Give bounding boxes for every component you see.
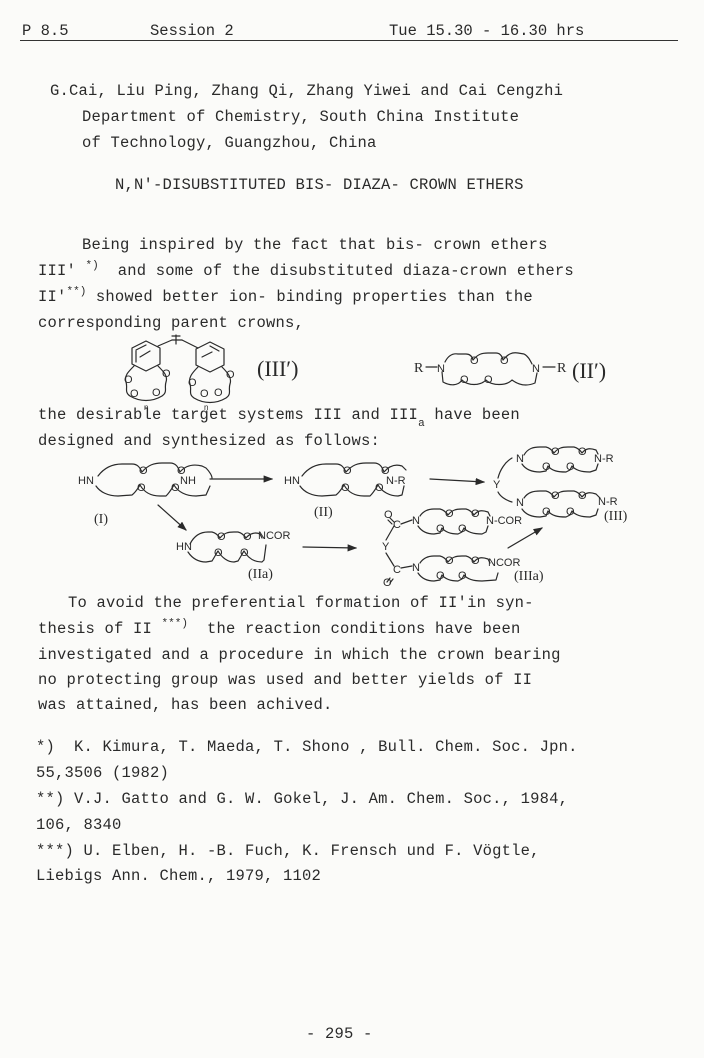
- svg-text:O: O: [578, 446, 587, 458]
- svg-text:C: C: [393, 519, 401, 531]
- para3-line-5: was attained, has been achived.: [38, 698, 333, 714]
- svg-text:HN: HN: [176, 541, 192, 553]
- reference-1-line-1: *) K. Kimura, T. Maeda, T. Shono , Bull.…: [36, 740, 578, 756]
- svg-text:NH: NH: [180, 475, 196, 487]
- svg-text:O: O: [542, 506, 551, 518]
- para3-line-1: To avoid the preferential formation of I…: [68, 596, 534, 612]
- arrow-IIIa-to-III: [508, 528, 542, 548]
- compound-III-structure: Y N OO N-R OO N OO N-R OO: [493, 446, 618, 518]
- reference-2-line-2: 106, 8340: [36, 818, 122, 834]
- svg-text:O: O: [436, 570, 445, 582]
- reference-3-line-1: ***) U. Elben, H. -B. Fuch, K. Frensch u…: [36, 844, 540, 860]
- svg-text:HN: HN: [78, 475, 94, 487]
- svg-text:O: O: [551, 446, 560, 458]
- svg-text:NCOR: NCOR: [488, 557, 520, 569]
- svg-text:O: O: [436, 523, 445, 535]
- svg-text:O: O: [471, 508, 480, 520]
- reference-2-line-1: **) V.J. Gatto and G. W. Gokel, J. Am. C…: [36, 792, 568, 808]
- label-compound-II: (II): [314, 505, 333, 520]
- svg-text:Y: Y: [382, 541, 390, 553]
- svg-text:O: O: [343, 465, 352, 477]
- svg-text:HN: HN: [284, 475, 300, 487]
- svg-text:O: O: [214, 547, 223, 559]
- svg-text:C: C: [393, 564, 401, 576]
- svg-text:O: O: [171, 482, 180, 494]
- page-number: - 295 -: [306, 1027, 373, 1043]
- compound-II-structure: HN OO N-R OO: [284, 463, 406, 496]
- svg-text:N: N: [516, 453, 524, 465]
- svg-text:O: O: [243, 531, 252, 543]
- arrow-IIa-to-IIIa: [303, 547, 356, 548]
- svg-text:N-R: N-R: [598, 496, 618, 508]
- svg-text:O: O: [375, 482, 384, 494]
- svg-text:N-COR: N-COR: [486, 515, 522, 527]
- compound-IIa-structure: HN OO NCOR OO: [176, 530, 290, 562]
- label-compound-I: (I): [94, 512, 108, 527]
- arrow-I-to-IIa: [158, 505, 186, 530]
- svg-text:O: O: [217, 531, 226, 543]
- svg-text:O: O: [445, 555, 454, 567]
- svg-text:O: O: [458, 523, 467, 535]
- svg-text:O: O: [551, 490, 560, 502]
- compound-I-structure: HN OO NH OO: [78, 463, 212, 496]
- svg-text:N: N: [516, 497, 524, 509]
- svg-text:N-R: N-R: [594, 453, 614, 465]
- svg-text:O: O: [578, 490, 587, 502]
- svg-text:O: O: [445, 508, 454, 520]
- svg-text:N: N: [412, 562, 420, 574]
- svg-text:O: O: [240, 547, 249, 559]
- svg-text:N: N: [412, 515, 420, 527]
- label-compound-IIIa: (IIIa): [514, 569, 544, 584]
- footnote-ref-3: ***): [162, 618, 188, 630]
- arrow-II-to-III: [430, 479, 484, 482]
- para3-line-2: thesis of II ***) the reaction condition…: [38, 622, 521, 638]
- svg-text:O: O: [458, 570, 467, 582]
- svg-text:Y: Y: [493, 479, 501, 491]
- svg-text:O: O: [341, 482, 350, 494]
- svg-text:O: O: [542, 461, 551, 473]
- svg-text:O: O: [137, 482, 146, 494]
- reference-3-line-2: Liebigs Ann. Chem., 1979, 1102: [36, 869, 321, 885]
- para3-line-4: no protecting group was used and better …: [38, 673, 532, 689]
- label-compound-III: (III): [604, 509, 628, 524]
- para3-line-3: investigated and a procedure in which th…: [38, 648, 561, 664]
- reference-1-line-2: 55,3506 (1982): [36, 766, 169, 782]
- svg-text:O: O: [139, 465, 148, 477]
- svg-text:O: O: [566, 461, 575, 473]
- label-compound-IIa: (IIa): [248, 567, 273, 582]
- svg-text:O: O: [471, 555, 480, 567]
- compound-IIIa-structure: Y C O N OO N-COR OO C O N OO NCOR OO: [382, 508, 522, 589]
- svg-text:O: O: [566, 506, 575, 518]
- svg-text:NCOR: NCOR: [258, 530, 290, 542]
- svg-text:N-R: N-R: [386, 475, 406, 487]
- synthesis-scheme: HN OO NH OO (I) HN OO N-R OO (II) Y N OO…: [0, 0, 704, 1058]
